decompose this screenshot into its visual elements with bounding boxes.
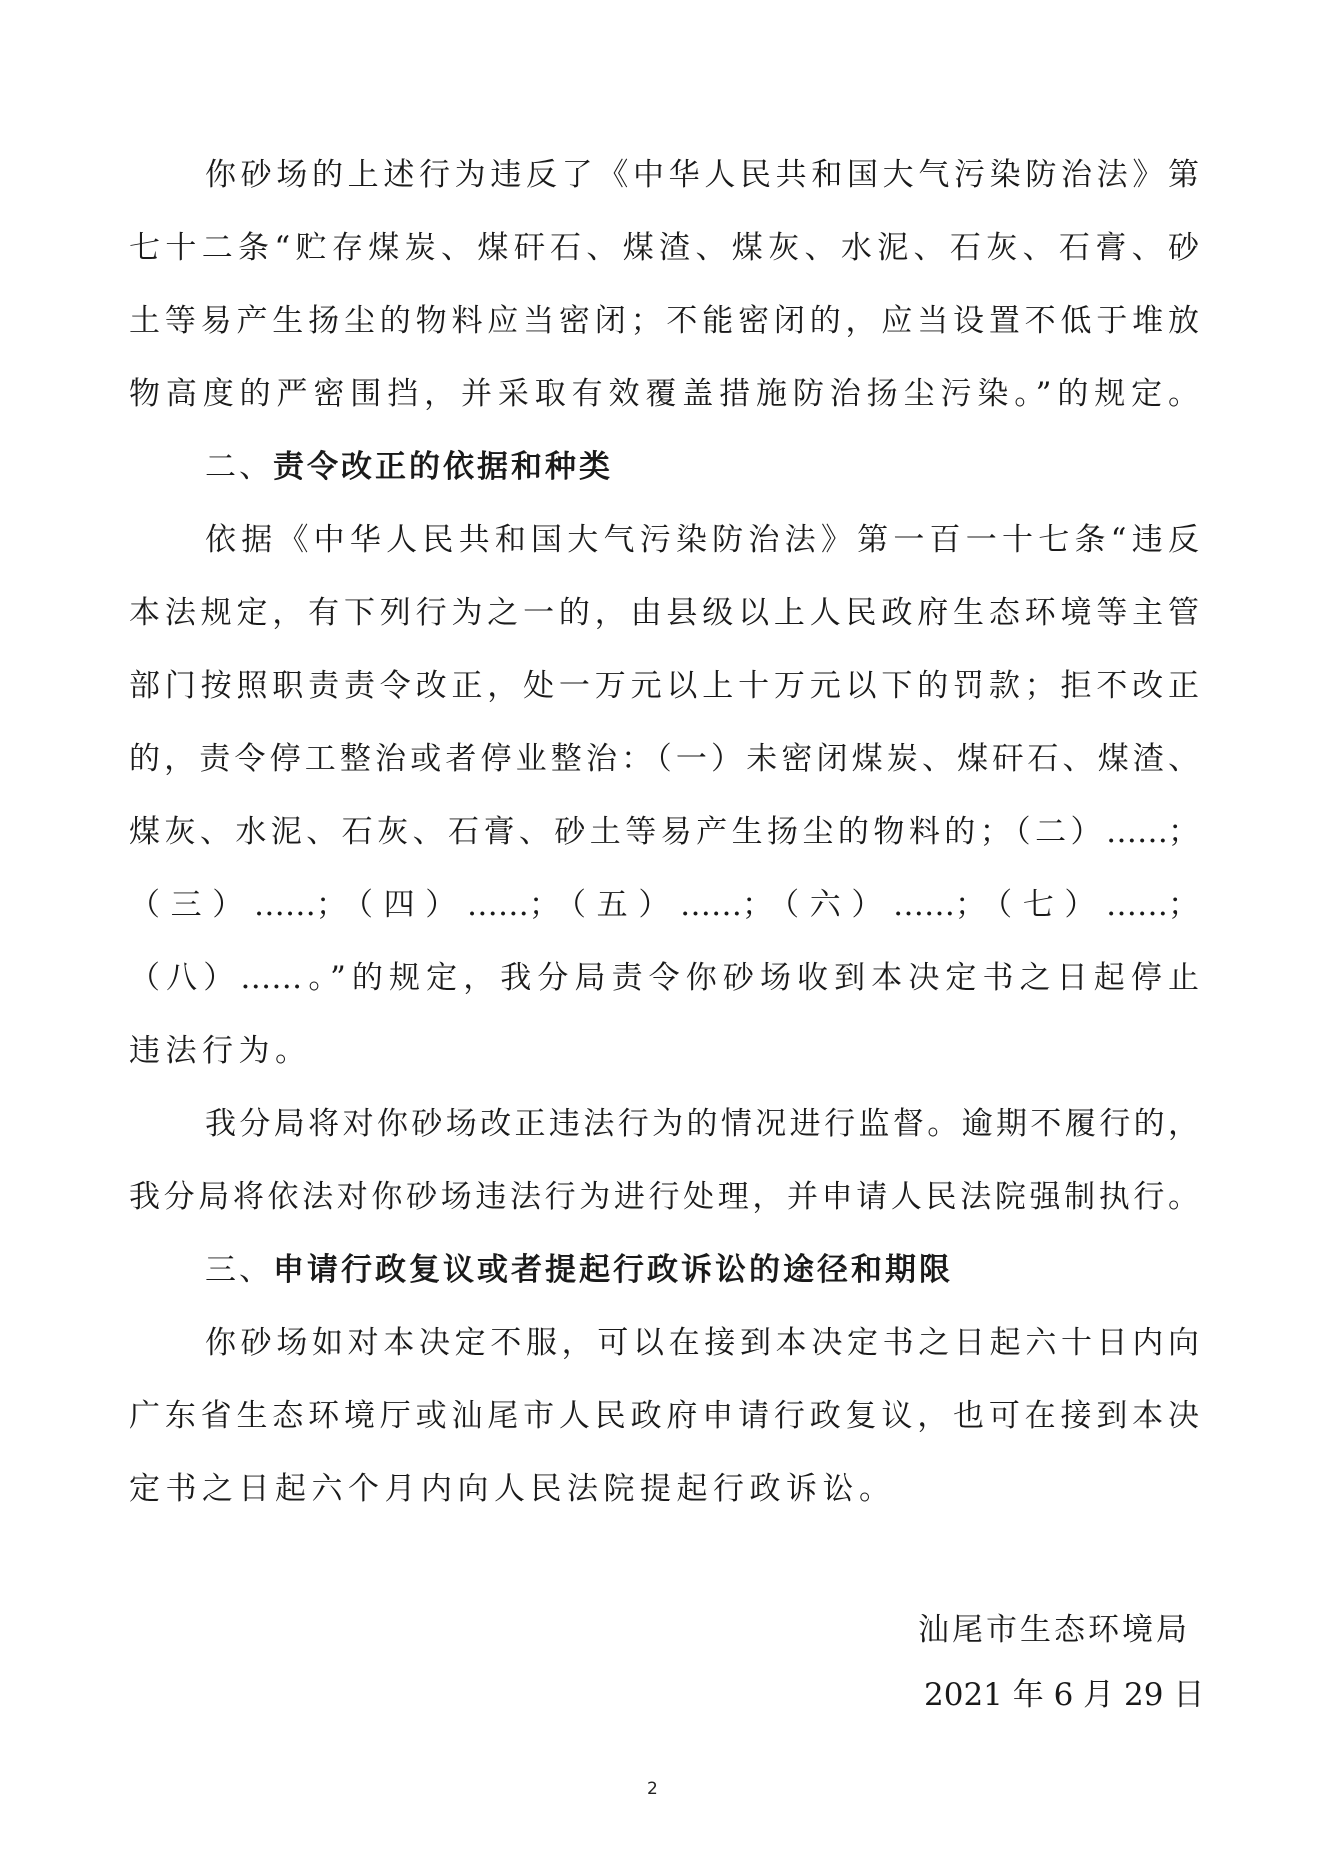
- paragraph-4-line-2: 广东省生态环境厅或汕尾市人民政府申请行政复议，也可在接到本决: [129, 1394, 1199, 1438]
- section-2-number: 二、: [205, 449, 273, 485]
- section-3-number: 三、: [205, 1252, 273, 1288]
- section-3-heading: 三、申请行政复议或者提起行政诉讼的途径和期限: [205, 1248, 953, 1292]
- paragraph-1-line-3: 土等易产生扬尘的物料应当密闭；不能密闭的，应当设置不低于堆放: [129, 299, 1199, 343]
- paragraph-2-line-6: （三）……；（四）……；（五）……；（六）……；（七）……；: [129, 883, 1199, 927]
- paragraph-3-line-2: 我分局将依法对你砂场违法行为进行处理，并申请人民法院强制执行。: [129, 1175, 1199, 1219]
- page-number: 2: [647, 1779, 658, 1799]
- issue-date: 2021 年 6 月 29 日: [924, 1673, 1204, 1717]
- paragraph-1-line-2: 七十二条“贮存煤炭、煤矸石、煤渣、煤灰、水泥、石灰、石膏、砂: [129, 226, 1199, 270]
- paragraph-4-line-1: 你砂场如对本决定不服，可以在接到本决定书之日起六十日内向: [205, 1321, 1199, 1365]
- paragraph-2-line-2: 本法规定，有下列行为之一的，由县级以上人民政府生态环境等主管: [129, 591, 1199, 635]
- paragraph-2-line-8: 违法行为。: [129, 1029, 1199, 1073]
- paragraph-2-line-3: 部门按照职责责令改正，处一万元以上十万元以下的罚款；拒不改正: [129, 664, 1199, 708]
- paragraph-2-line-5: 煤灰、水泥、石灰、石膏、砂土等易产生扬尘的物料的；（二）……；: [129, 810, 1199, 854]
- section-2-title: 责令改正的依据和种类: [273, 449, 613, 485]
- paragraph-4-line-3: 定书之日起六个月内向人民法院提起行政诉讼。: [129, 1467, 1199, 1511]
- paragraph-3-line-1: 我分局将对你砂场改正违法行为的情况进行监督。逾期不履行的，: [205, 1102, 1199, 1146]
- paragraph-2-line-7: （八）……。”的规定，我分局责令你砂场收到本决定书之日起停止: [129, 956, 1199, 1000]
- paragraph-2-line-4: 的，责令停工整治或者停业整治：（一）未密闭煤炭、煤矸石、煤渣、: [129, 737, 1199, 781]
- document-page: 你砂场的上述行为违反了《中华人民共和国大气污染防治法》第 七十二条“贮存煤炭、煤…: [0, 0, 1323, 1871]
- issuer-name: 汕尾市生态环境局: [918, 1608, 1190, 1652]
- section-2-heading: 二、责令改正的依据和种类: [205, 445, 613, 489]
- paragraph-1-line-1: 你砂场的上述行为违反了《中华人民共和国大气污染防治法》第: [205, 153, 1199, 197]
- paragraph-2-line-1: 依据《中华人民共和国大气污染防治法》第一百一十七条“违反: [205, 518, 1199, 562]
- paragraph-1-line-4: 物高度的严密围挡，并采取有效覆盖措施防治扬尘污染。”的规定。: [129, 372, 1199, 416]
- section-3-title: 申请行政复议或者提起行政诉讼的途径和期限: [273, 1252, 953, 1288]
